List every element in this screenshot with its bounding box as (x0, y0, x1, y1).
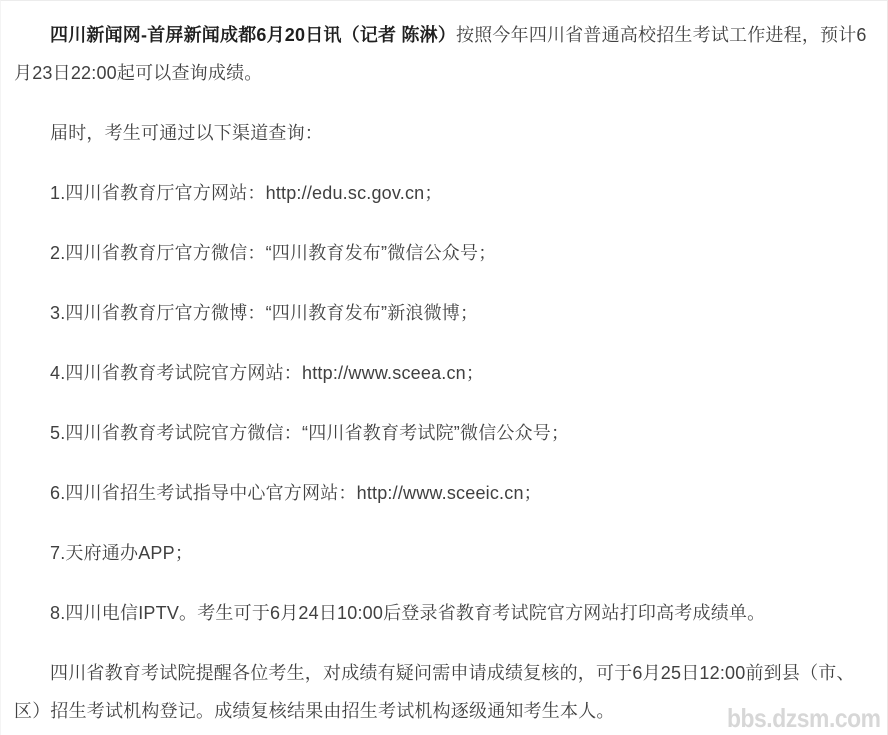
channel-item-1: 1.四川省教育厅官方网站：http://edu.sc.gov.cn； (14, 174, 874, 212)
news-article-body: 四川新闻网-首屏新闻成都6月20日讯（记者 陈淋）按照今年四川省普通高校招生考试… (14, 16, 874, 730)
review-note-paragraph: 四川省教育考试院提醒各位考生，对成绩有疑问需申请成绩复核的，可于6月25日12:… (14, 654, 874, 730)
intro-paragraph: 届时，考生可通过以下渠道查询： (14, 114, 874, 152)
article-page: 四川新闻网-首屏新闻成都6月20日讯（记者 陈淋）按照今年四川省普通高校招生考试… (0, 0, 888, 735)
channel-item-5: 5.四川省教育考试院官方微信：“四川省教育考试院”微信公众号； (14, 414, 874, 452)
channel-item-8: 8.四川电信IPTV。考生可于6月24日10:00后登录省教育考试院官方网站打印… (14, 594, 874, 632)
channel-item-6: 6.四川省招生考试指导中心官方网站：http://www.sceeic.cn； (14, 474, 874, 512)
channel-item-3: 3.四川省教育厅官方微博：“四川教育发布”新浪微博； (14, 294, 874, 332)
channel-item-7: 7.天府通办APP； (14, 534, 874, 572)
channel-item-4: 4.四川省教育考试院官方网站：http://www.sceea.cn； (14, 354, 874, 392)
lead-source-dateline: 四川新闻网-首屏新闻成都6月20日讯（记者 陈淋） (50, 25, 456, 45)
channel-item-2: 2.四川省教育厅官方微信：“四川教育发布”微信公众号； (14, 234, 874, 272)
lead-paragraph: 四川新闻网-首屏新闻成都6月20日讯（记者 陈淋）按照今年四川省普通高校招生考试… (14, 16, 874, 92)
